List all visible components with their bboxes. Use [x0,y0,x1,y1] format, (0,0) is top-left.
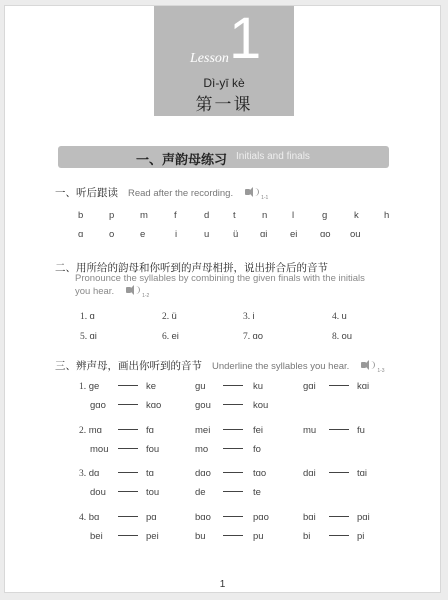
syllable: fo [253,444,261,455]
initial: t [233,210,236,221]
final: e [140,229,145,240]
syllable: gou [195,400,211,411]
syllable: tou [146,487,159,498]
q2-item: 2. ü [162,311,177,322]
section-title-cn: 一、声韵母练习 [136,149,227,168]
initial: l [292,210,294,221]
q1-title-en: Read after the recording. [128,188,233,199]
q2-title-en-line2-wrap: you hear.1-2 [75,285,395,302]
syllable: mo [195,444,208,455]
syllable-pair: 4. bɑ [79,512,99,523]
pair-dash [223,381,243,392]
pair-dash [118,425,138,436]
syllable-pair: 1. ge [79,381,99,392]
pair-dash [118,487,138,498]
pair-dash [329,381,349,392]
pair-dash [223,468,243,479]
initial: p [109,210,114,221]
section-title-en: Initials and finals [236,151,310,162]
syllable-pair: 2. mɑ [79,425,102,436]
q1-title: 一、听后跟读Read after the recording.1-1 [55,185,268,201]
syllable: gɑo [90,400,106,411]
syllable: fu [357,425,365,436]
final: i [175,229,177,240]
syllable: bu [195,531,206,542]
syllable: kɑo [146,400,161,411]
syllable: dou [90,487,106,498]
final: ei [290,229,297,240]
q2-title-en: Pronounce the syllables by combining the… [75,273,395,302]
syllable: fou [146,444,159,455]
audio-speaker-icon[interactable] [361,360,375,370]
pair-dash [223,512,243,523]
syllable: tɑo [253,468,266,479]
lesson-pinyin: Dì-yī kè [154,76,294,90]
initial: b [78,210,83,221]
pair-dash [118,531,138,542]
syllable: bɑi [303,512,316,523]
q2-item: 1. ɑ [80,311,95,322]
syllable: gɑi [303,381,316,392]
q2-title-en-line2: you hear. [75,286,114,297]
initial: f [174,210,177,221]
syllable: gu [195,381,206,392]
final: ü [233,229,238,240]
syllable: ku [253,381,263,392]
initial: k [354,210,359,221]
q3-title: 三、辨声母，画出你听到的音节Underline the syllables yo… [55,358,385,374]
syllable: dɑi [303,468,316,479]
final: ou [350,229,361,240]
pair-dash [118,381,138,392]
pair-dash [118,400,138,411]
syllable: bi [303,531,310,542]
q2-item: 6. ei [162,331,179,342]
pair-dash [329,512,349,523]
syllable: de [195,487,206,498]
final: u [204,229,209,240]
pair-dash [223,487,243,498]
lesson-label: Lesson [190,51,229,67]
audio-track-label: 1-1 [261,195,268,201]
q2-title-en-line1: Pronounce the syllables by combining the… [75,273,395,285]
q1-title-cn: 一、听后跟读 [55,187,118,199]
q3-title-cn: 三、辨声母，画出你听到的音节 [55,360,202,372]
pair-dash [223,425,243,436]
pair-dash [223,531,243,542]
syllable-pair: 3. dɑ [79,468,99,479]
audio-speaker-icon[interactable] [245,187,259,197]
syllable: mou [90,444,108,455]
syllable: mu [303,425,316,436]
syllable: ke [146,381,156,392]
lesson-number: 1 [229,8,261,70]
page-number: 1 [5,579,440,590]
audio-track-label: 1-2 [142,293,149,299]
section-header-bar: 一、声韵母练习 Initials and finals [58,146,389,168]
syllable: pi [357,531,364,542]
q2-item: 8. ou [332,331,352,342]
syllable: pɑ [146,512,157,523]
pair-dash [329,425,349,436]
pair-dash [223,400,243,411]
final: ɑi [260,229,267,240]
audio-speaker-icon[interactable] [126,285,140,295]
initial: m [140,210,148,221]
syllable: pei [146,531,159,542]
syllable: fei [253,425,263,436]
syllable: dɑo [195,468,211,479]
syllable: kɑi [357,381,369,392]
syllable: pu [253,531,264,542]
audio-track-label: 1-3 [377,368,384,374]
syllable: kou [253,400,268,411]
syllable: tɑ [146,468,154,479]
syllable: te [253,487,261,498]
initial: n [262,210,267,221]
syllable: bei [90,531,103,542]
syllable: bɑo [195,512,211,523]
syllable: pɑo [253,512,269,523]
syllable: mei [195,425,210,436]
syllable: tɑi [357,468,367,479]
pair-dash [223,444,243,455]
initial: g [322,210,327,221]
final: ɑo [320,229,331,240]
q2-item: 4. u [332,311,347,322]
pair-dash [118,512,138,523]
initial: d [204,210,209,221]
lesson-header-box: Lesson 1 Dì-yī kè 第一课 [154,6,294,116]
pair-dash [118,444,138,455]
lesson-chinese-title: 第一课 [154,90,294,115]
q2-item: 5. ɑi [80,331,97,342]
q2-item: 7. ɑo [243,331,263,342]
initial: h [384,210,389,221]
pair-dash [329,531,349,542]
pair-dash [118,468,138,479]
final: ɑ [78,229,83,240]
document-page: Lesson 1 Dì-yī kè 第一课 一、声韵母练习 Initials a… [4,5,441,593]
pair-dash [329,468,349,479]
syllable: fɑ [146,425,154,436]
syllable: pɑi [357,512,370,523]
q2-item: 3. i [243,311,255,322]
final: o [109,229,114,240]
q3-title-en: Underline the syllables you hear. [212,361,349,372]
